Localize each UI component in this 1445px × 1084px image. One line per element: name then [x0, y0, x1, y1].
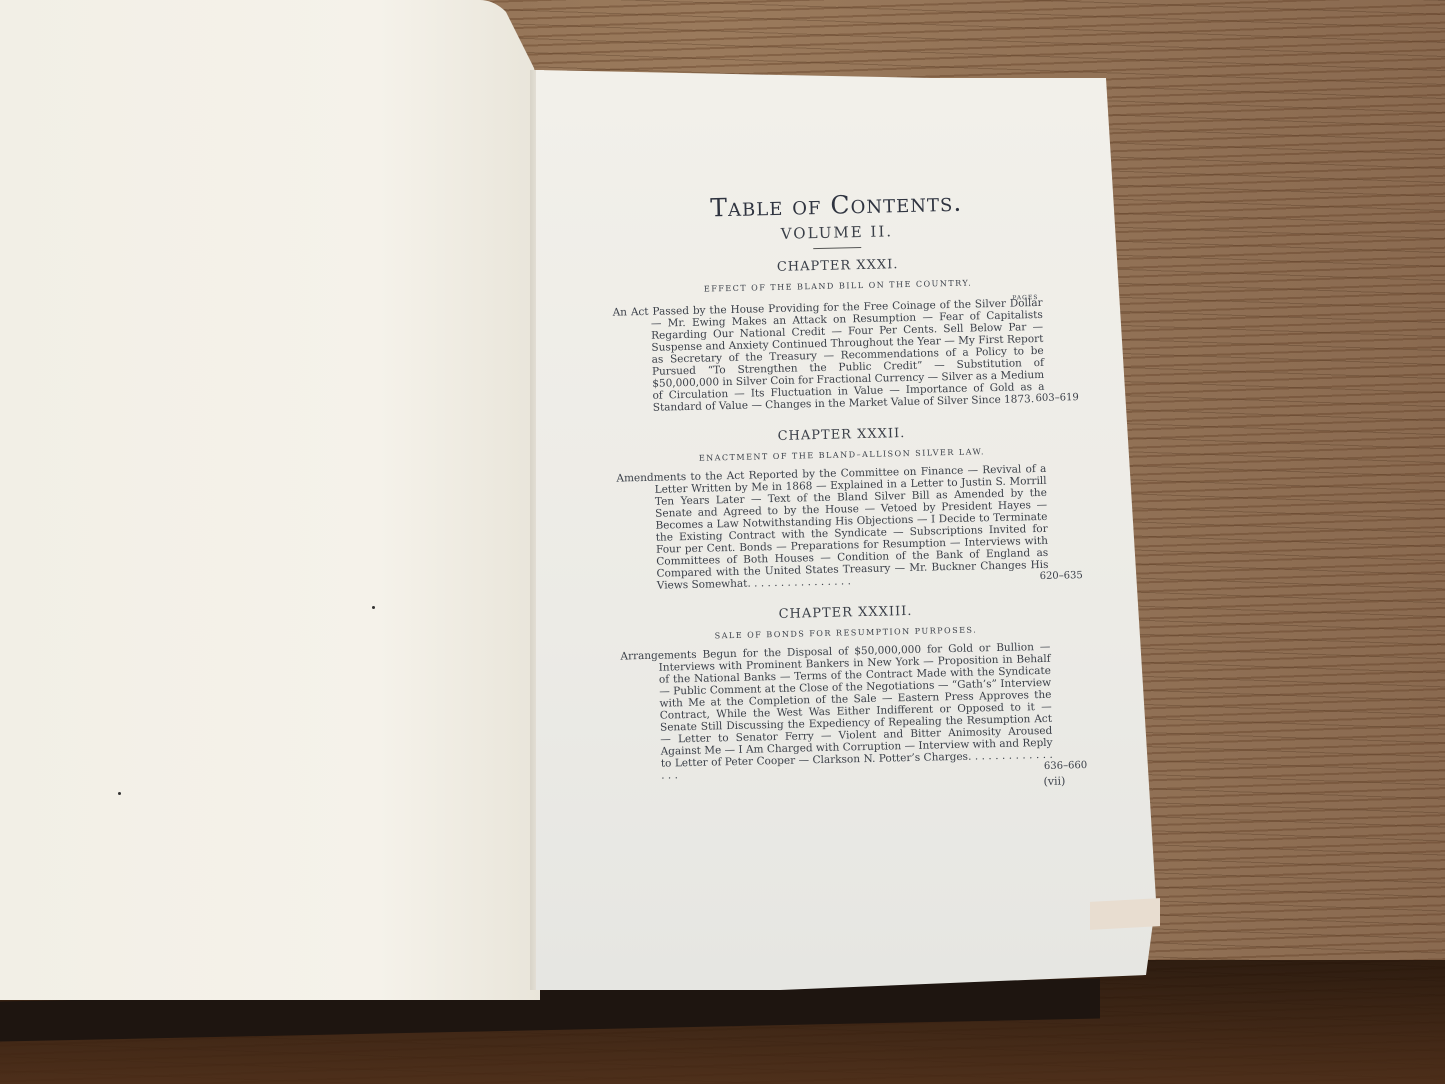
page-range: 620–635 — [1078, 570, 1097, 582]
chapter-heading: CHAPTER XXXII. — [601, 422, 1081, 448]
page-block-edge — [1090, 898, 1160, 930]
chapter-summary: Amendments to the Act Reported by the Co… — [602, 462, 1085, 593]
chapter-summary: An Act Passed by the House Providing for… — [599, 296, 1081, 415]
paper-speck — [118, 792, 121, 795]
paper-speck — [372, 606, 375, 609]
chapter-entry: CHAPTER XXXIII. SALE OF BONDS FOR RESUMP… — [605, 600, 1089, 798]
chapter-subtitle: ENACTMENT OF THE BLAND–ALLISON SILVER LA… — [602, 445, 1082, 465]
chapter-entry: CHAPTER XXXI. EFFECT OF THE BLAND BILL O… — [598, 253, 1081, 415]
chapter-subtitle: EFFECT OF THE BLAND BILL ON THE COUNTRY. — [598, 276, 1078, 296]
summary-text: An Act Passed by the House Providing for… — [613, 297, 1045, 414]
page-range: 603–619 — [1073, 392, 1092, 404]
chapter-summary: Arrangements Begun for the Disposal of $… — [606, 640, 1089, 783]
chapter-subtitle: SALE OF BONDS FOR RESUMPTION PURPOSES. — [606, 623, 1086, 643]
page-range: 636–660 — [1082, 760, 1101, 772]
summary-text: Amendments to the Act Reported by the Co… — [616, 463, 1048, 592]
summary-text: Arrangements Begun for the Disposal of $… — [620, 641, 1053, 782]
table-of-contents: Table of Contents. VOLUME II. CHAPTER XX… — [596, 185, 1090, 816]
chapter-heading: CHAPTER XXXI. — [598, 253, 1078, 279]
chapter-entry: CHAPTER XXXII. ENACTMENT OF THE BLAND–AL… — [601, 422, 1085, 593]
divider — [813, 247, 861, 249]
chapter-heading: CHAPTER XXXIII. — [605, 600, 1085, 626]
left-page-blank — [0, 0, 540, 1000]
